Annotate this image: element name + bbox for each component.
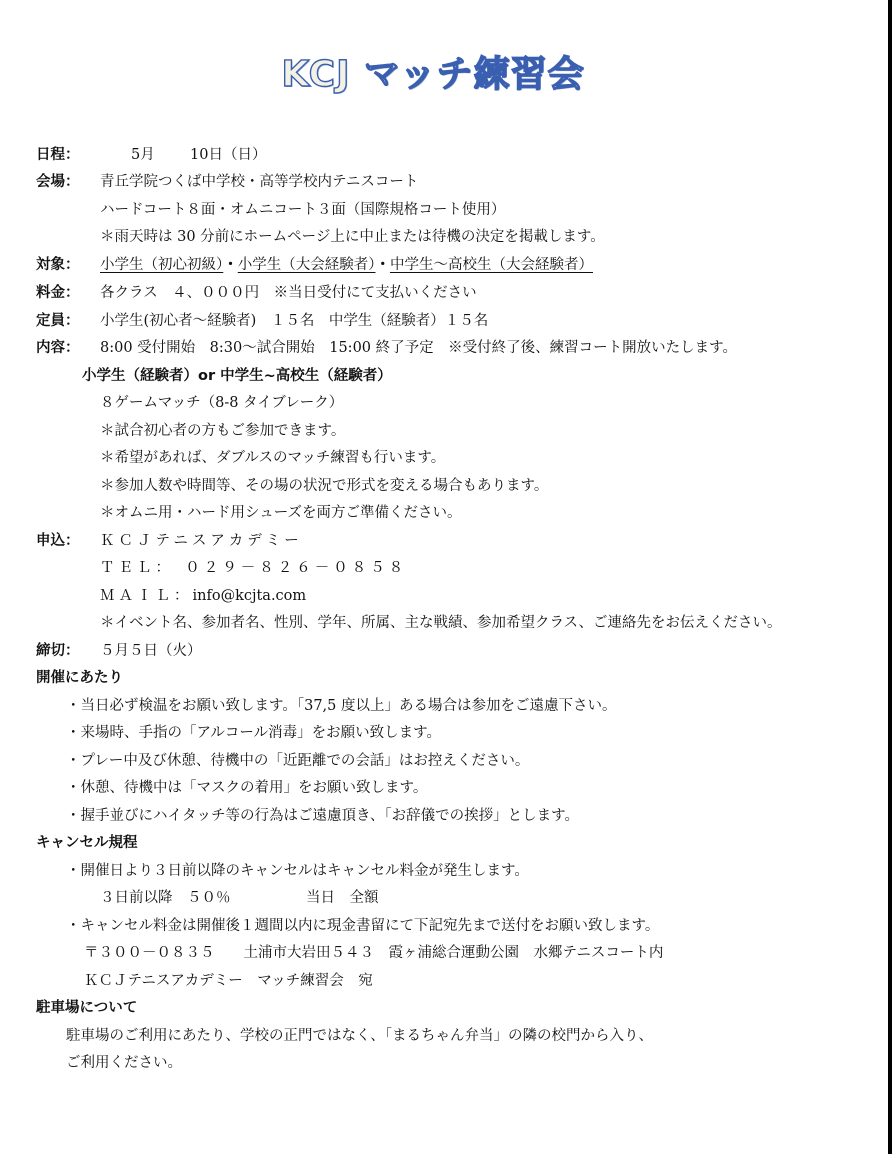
venue-rain-note: ＊雨天時は 30 分前にホームページ上に中止または待機の決定を掲載します。 <box>100 227 605 247</box>
apply-note: ＊イベント名、参加者名、性別、学年、所属、主な戦績、参加希望クラス、ご連絡先をお… <box>100 613 782 633</box>
holding-item-text: ・当日必ず検温をお願い致します。「37,5 度以上」ある場合は参加をご遠慮下さい… <box>66 696 616 716</box>
content-item-text: ＊希望があれば、ダブルスのマッチ練習も行います。 <box>100 448 445 468</box>
page-title: KCJ マッチ練習会 <box>0 46 866 97</box>
venue-courts: ハードコート８面・オムニコート３面（国際規格コート使用） <box>100 200 505 220</box>
cancel-fee-sameday: 当日 全額 <box>306 888 379 908</box>
content-item-text: ＊オムニ用・ハード用シューズを両方ご準備ください。 <box>100 503 461 523</box>
parking-line2: ご利用ください。 <box>66 1053 182 1073</box>
cancel-address: 〒３００－０８３５ 土浦市大岩田５４３ 霞ヶ浦総合運動公園 水郷テニスコート内 <box>84 943 663 963</box>
content-item-text: ＊参加人数や時間等、その場の状況で形式を変える場合もあります。 <box>100 476 548 496</box>
cancel-rule1: ・開催日より３日前以降のキャンセルはキャンセル料金が発生します。 <box>66 861 529 881</box>
capacity-value: 小学生(初心者～経験者) １５名 中学生（経験者）１５名 <box>100 311 488 331</box>
apply-tel: ＴＥＬ： ０２９－８２６－０８５８ <box>100 558 407 578</box>
apply-mail-address[interactable]: info@kcjta.com <box>193 588 307 604</box>
target-group-elementary-experienced: 小学生（大会経験者） <box>238 257 376 273</box>
holding-item-text: ・休憩、待機中は「マスクの着用」をお願い致します。 <box>66 778 427 798</box>
content-item-text: ＊試合初心者の方もご参加できます。 <box>100 421 345 441</box>
content-schedule: 8:00 受付開始 8:30～試合開始 15:00 終了予定 ※受付終了後、練習… <box>100 338 737 358</box>
cancel-heading: キャンセル規程 <box>36 833 138 853</box>
target-group-junior-senior-high: 中学生～高校生（大会経験者） <box>390 257 593 273</box>
fee-value: 各クラス ４、０００円 ※当日受付にて支払いください <box>100 283 477 303</box>
target-groups: 小学生（初心初級）・小学生（大会経験者）・中学生～高校生（大会経験者） <box>100 255 593 275</box>
cancel-rule2: ・キャンセル料金は開催後１週間以内に現金書留にて下記宛先まで送付をお願い致します… <box>66 916 659 936</box>
fee-label: 料金： <box>36 283 80 303</box>
target-separator: ・ <box>223 257 238 273</box>
apply-org: ＫＣＪテニスアカデミー <box>100 531 303 551</box>
deadline-label: 締切： <box>36 641 80 661</box>
content-label: 内容： <box>36 338 80 358</box>
deadline-value: ５月５日（火） <box>100 641 202 661</box>
cancel-recipient: ＫＣＪテニスアカデミー マッチ練習会 宛 <box>84 971 373 991</box>
holding-item-text: ・来場時、手指の「アルコール消毒」をお願い致します。 <box>66 723 441 743</box>
target-separator: ・ <box>376 257 391 273</box>
content-class-heading: 小学生（経験者）or 中学生~高校生（経験者） <box>82 366 392 386</box>
schedule-day: 10日（日） <box>190 145 266 165</box>
schedule-month: 5月 <box>131 145 155 165</box>
apply-mail: ＭＡＩＬ：info@kcjta.com <box>100 586 306 606</box>
cancel-fee-3days: ３日前以降 ５０％ <box>100 888 231 908</box>
parking-line1: 駐車場のご利用にあたり、学校の正門ではなく、「まるちゃん弁当」の隣の校門から入り… <box>66 1026 653 1046</box>
parking-heading: 駐車場について <box>36 998 137 1018</box>
apply-mail-label: ＭＡＩＬ： <box>100 588 193 604</box>
target-group-elementary-beginner: 小学生（初心初級） <box>100 257 223 273</box>
holding-item-text: ・プレー中及び休憩、待機中の「近距離での会話」はお控えください。 <box>66 751 529 771</box>
target-label: 対象： <box>36 255 80 275</box>
schedule-label: 日程： <box>36 145 80 165</box>
content-item-text: ８ゲームマッチ（8-8 タイブレーク） <box>100 393 343 413</box>
venue-label: 会場： <box>36 172 80 192</box>
holding-heading: 開催にあたり <box>36 668 123 688</box>
apply-label: 申込： <box>36 531 80 551</box>
venue-name: 青丘学院つくば中学校・高等学校内テニスコート <box>100 172 418 192</box>
holding-item-text: ・握手並びにハイタッチ等の行為はご遠慮頂き、「お辞儀での挨拶」とします。 <box>66 806 579 826</box>
capacity-label: 定員： <box>36 311 80 331</box>
page-right-border <box>888 0 892 1154</box>
